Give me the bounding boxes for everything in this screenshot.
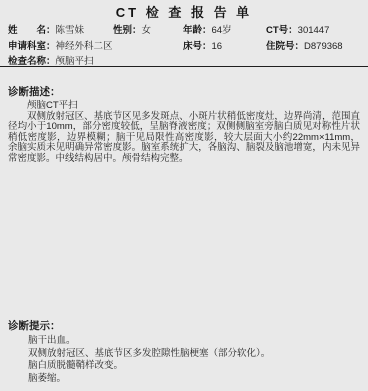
patient-age-label: 年龄： — [183, 25, 212, 36]
ct-report-page: CT 检 查 报 告 单 姓 名：陈雪妹 性别：女 年龄：64岁 CT号：301… — [0, 0, 368, 391]
bed-number-field: 床号：16 — [183, 38, 222, 52]
diagnosis-description-heading: 诊断描述： — [8, 84, 360, 99]
description-paragraph-1: 颅脑CT平扫 — [8, 101, 360, 112]
exam-name-field: 检查名称：颅脑平扫 — [8, 53, 94, 67]
patient-info-row-3: 检查名称：颅脑平扫 — [0, 53, 368, 67]
patient-name-field: 姓 名：陈雪妹 — [8, 22, 84, 36]
description-paragraph-2: 双侧放射冠区、基底节区见多发斑点、小斑片状稍低密度灶，边界尚清，范围直径均小于1… — [8, 112, 360, 165]
patient-info-row-1: 姓 名：陈雪妹 性别：女 年龄：64岁 CT号：301447 — [0, 22, 368, 36]
admission-number-value: D879368 — [304, 41, 343, 52]
impression-item: 双侧放射冠区、基底节区多发腔隙性脑梗塞（部分软化）。 — [28, 348, 360, 361]
patient-age-value: 64岁 — [212, 25, 232, 36]
request-dept-field: 申请科室：神经外科二区 — [8, 38, 113, 52]
patient-name-label: 姓 名： — [8, 25, 56, 36]
patient-age-field: 年龄：64岁 — [183, 22, 232, 36]
admission-number-label: 住院号： — [266, 41, 304, 52]
patient-info-row-2: 申请科室：神经外科二区 床号：16 住院号：D879368 — [0, 38, 368, 52]
bed-number-label: 床号： — [183, 41, 212, 52]
ct-number-value: 301447 — [298, 25, 330, 36]
patient-sex-value: 女 — [142, 25, 152, 36]
request-dept-value: 神经外科二区 — [56, 41, 113, 52]
ct-number-label: CT号： — [266, 25, 298, 36]
bed-number-value: 16 — [212, 41, 223, 52]
divider-line — [0, 66, 368, 67]
report-title: CT 检 查 报 告 单 — [0, 2, 368, 21]
patient-sex-field: 性别：女 — [113, 22, 151, 36]
impression-item: 脑萎缩。 — [28, 373, 360, 386]
diagnosis-impression-section: 诊断提示： 脑干出血。 双侧放射冠区、基底节区多发腔隙性脑梗塞（部分软化）。 脑… — [8, 318, 360, 385]
diagnosis-impression-heading: 诊断提示： — [8, 318, 360, 333]
patient-name-value: 陈雪妹 — [56, 25, 85, 36]
impression-item: 脑干出血。 — [28, 335, 360, 348]
request-dept-label: 申请科室： — [8, 41, 56, 52]
admission-number-field: 住院号：D879368 — [266, 38, 343, 52]
impression-item: 脑白质脱髓鞘样改变。 — [28, 360, 360, 373]
patient-sex-label: 性别： — [113, 25, 142, 36]
ct-number-field: CT号：301447 — [266, 22, 329, 36]
diagnosis-description-section: 诊断描述： 颅脑CT平扫 双侧放射冠区、基底节区见多发斑点、小斑片状稍低密度灶，… — [8, 84, 360, 165]
